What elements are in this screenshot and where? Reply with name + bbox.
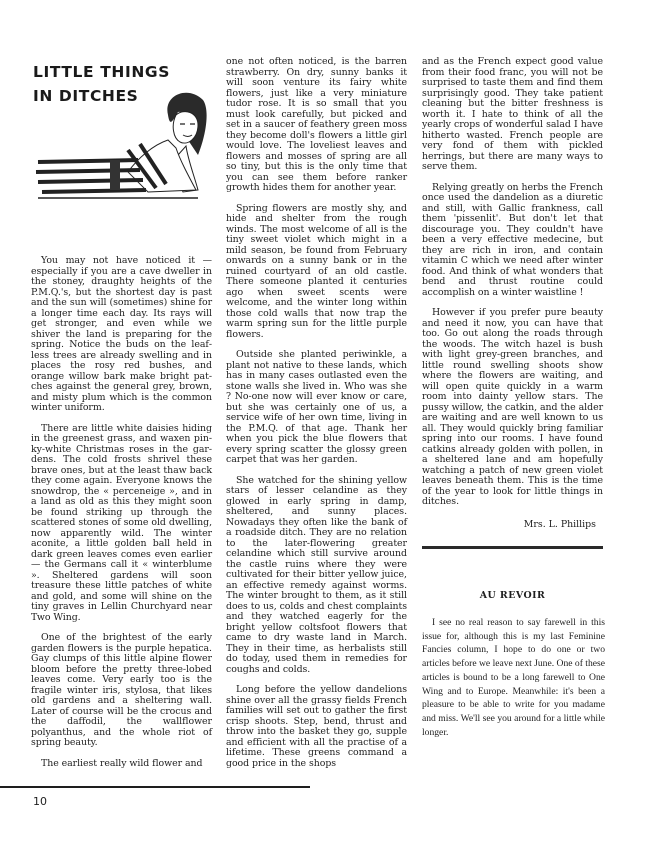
article-column-2: one not often noticed, is the barren str… (226, 57, 407, 779)
paragraph: one not often noticed, is the barren str… (226, 57, 407, 194)
paragraph: However if you prefer pure beauty and ne… (422, 308, 603, 508)
paragraph: There are little white daisies hiding in… (31, 424, 212, 624)
paragraph: Long before the yellow dandelions shine … (226, 685, 407, 769)
woman-illustration-icon (28, 80, 208, 200)
paragraph: You may not have noticed it — especially… (31, 256, 212, 414)
paragraph: She watched for the shining yellow stars… (226, 476, 407, 676)
author-signature: Mrs. L. Phillips (422, 519, 596, 530)
au-revoir-body: I see no real reason to say farewell in … (422, 616, 605, 739)
article-column-1: You may not have noticed it — especially… (31, 256, 212, 779)
au-revoir-heading: AU REVOIR (422, 590, 603, 601)
paragraph: The earliest really wild flower and (31, 759, 212, 770)
paragraph: Outside she planted periwinkle, a plant … (226, 350, 407, 466)
paragraph: and as the French expect good value from… (422, 57, 603, 173)
paragraph: Spring flowers are mostly shy, and hide … (226, 204, 407, 341)
paragraph: One of the brightest of the early garden… (31, 633, 212, 749)
section-divider (422, 546, 603, 549)
paragraph: Relying greatly on herbs the French once… (422, 183, 603, 299)
article-column-3: and as the French expect good value from… (422, 57, 603, 518)
footer-rule (0, 786, 310, 788)
page-number: 10 (33, 795, 47, 808)
paragraph: I see no real reason to say farewell in … (422, 616, 605, 739)
